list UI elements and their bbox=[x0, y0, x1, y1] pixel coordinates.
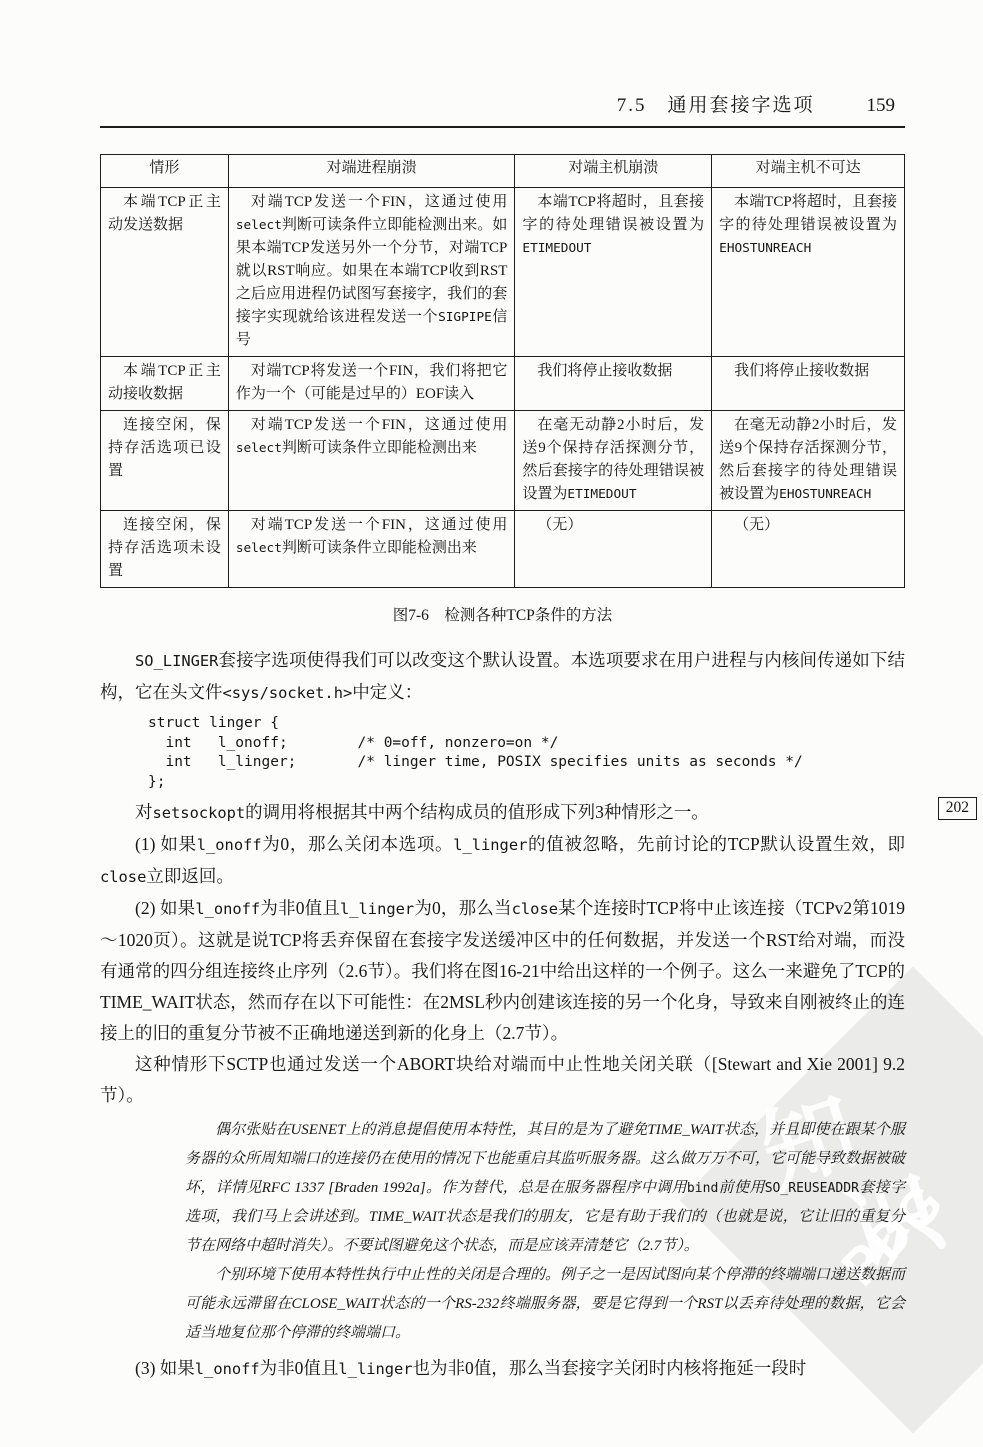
cell-peer-host-unreachable: 在毫无动静2小时后，发送9个保持存活探测分节，然后套接字的待处理错误被设置为EH… bbox=[712, 411, 905, 511]
cell-peer-process-crash: 对端TCP发送一个FIN，这通过使用select判断可读条件立即能检测出来 bbox=[228, 411, 515, 511]
cell-peer-host-crash: 本端TCP将超时，且套接字的待处理错误被设置为ETIMEDOUT bbox=[515, 188, 712, 357]
note-block: 偶尔张贴在USENET上的消息提倡使用本特性，其目的是为了避免TIME_WAIT… bbox=[185, 1116, 905, 1348]
page-header: 7.5 通用套接字选项 159 bbox=[100, 90, 905, 117]
code-line: int l_linger; /* linger time, POSIX spec… bbox=[148, 753, 905, 773]
page-number: 159 bbox=[867, 95, 896, 117]
col-header-scenario: 情形 bbox=[101, 155, 229, 188]
paragraph-so-linger: SO_LINGER套接字选项使得我们可以改变这个默认设置。本选项要求在用户进程与… bbox=[100, 645, 905, 709]
cell-scenario: 连接空闲，保持存活选项已设置 bbox=[101, 411, 229, 511]
col-header-peer-process-crash: 对端进程崩溃 bbox=[228, 155, 515, 188]
cell-peer-process-crash: 对端TCP将发送一个FIN，我们将把它作为一个（可能是过早的）EOF读入 bbox=[228, 357, 515, 411]
code-line: int l_onoff; /* 0=off, nonzero=on */ bbox=[148, 734, 905, 754]
note-paragraph-rs232: 个别环境下使用本特性执行中止性的关闭是合理的。例子之一是因试图向某个停滞的终端端… bbox=[185, 1261, 905, 1348]
paragraph-case1: (1) 如果l_onoff为0，那么关闭本选项。l_linger的值被忽略，先前… bbox=[100, 829, 905, 893]
section-title: 通用套接字选项 bbox=[667, 95, 814, 116]
cell-peer-process-crash: 对端TCP发送一个FIN，这通过使用select判断可读条件立即能检测出来。如果… bbox=[228, 188, 515, 357]
code-line: }; bbox=[148, 773, 905, 793]
book-page: 知 识 PDG 202 7.5 通用套接字选项 159 情形 对端进程崩溃 对端… bbox=[0, 0, 983, 1447]
cell-peer-host-crash: 在毫无动静2小时后，发送9个保持存活探测分节，然后套接字的待处理错误被设置为ET… bbox=[515, 411, 712, 511]
code-block: struct linger { int l_onoff; /* 0=off, n… bbox=[148, 714, 905, 792]
col-header-peer-host-crash: 对端主机崩溃 bbox=[515, 155, 712, 188]
tcp-conditions-table: 情形 对端进程崩溃 对端主机崩溃 对端主机不可达 本端TCP正主动发送数据 对端… bbox=[100, 154, 905, 588]
cell-peer-host-unreachable: 本端TCP将超时，且套接字的待处理错误被设置为EHOSTUNREACH bbox=[712, 188, 905, 357]
table-row: 本端TCP正主动接收数据 对端TCP将发送一个FIN，我们将把它作为一个（可能是… bbox=[101, 357, 905, 411]
cell-scenario: 本端TCP正主动接收数据 bbox=[101, 357, 229, 411]
paragraph-case2: (2) 如果l_onoff为非0值且l_linger为0，那么当close某个连… bbox=[100, 893, 905, 1049]
table-row: 连接空闲，保持存活选项未设置 对端TCP发送一个FIN，这通过使用select判… bbox=[101, 511, 905, 588]
cell-peer-host-unreachable: 我们将停止接收数据 bbox=[712, 357, 905, 411]
cell-peer-process-crash: 对端TCP发送一个FIN，这通过使用select判断可读条件立即能检测出来 bbox=[228, 511, 515, 588]
cell-peer-host-unreachable: （无） bbox=[712, 511, 905, 588]
col-header-peer-host-unreachable: 对端主机不可达 bbox=[712, 155, 905, 188]
header-rule bbox=[100, 126, 905, 128]
table-row: 连接空闲，保持存活选项已设置 对端TCP发送一个FIN，这通过使用select判… bbox=[101, 411, 905, 511]
section-number: 7.5 bbox=[617, 95, 647, 116]
note-paragraph-usenet: 偶尔张贴在USENET上的消息提倡使用本特性，其目的是为了避免TIME_WAIT… bbox=[185, 1116, 905, 1261]
margin-page-marker: 202 bbox=[938, 797, 977, 820]
table-header-row: 情形 对端进程崩溃 对端主机崩溃 对端主机不可达 bbox=[101, 155, 905, 188]
figure-caption: 图7-6 检测各种TCP条件的方法 bbox=[100, 603, 905, 625]
paragraph-setsockopt: 对setsockopt的调用将根据其中两个结构成员的值形成下列3种情形之一。 bbox=[100, 797, 905, 829]
paragraph-sctp: 这种情形下SCTP也通过发送一个ABORT块给对端而中止性地关闭关联（[Stew… bbox=[100, 1049, 905, 1111]
code-line: struct linger { bbox=[148, 714, 905, 734]
cell-scenario: 本端TCP正主动发送数据 bbox=[101, 188, 229, 357]
table-row: 本端TCP正主动发送数据 对端TCP发送一个FIN，这通过使用select判断可… bbox=[101, 188, 905, 357]
cell-peer-host-crash: 我们将停止接收数据 bbox=[515, 357, 712, 411]
cell-scenario: 连接空闲，保持存活选项未设置 bbox=[101, 511, 229, 588]
running-head: 7.5 通用套接字选项 bbox=[617, 90, 815, 117]
cell-peer-host-crash: （无） bbox=[515, 511, 712, 588]
page-content: 7.5 通用套接字选项 159 情形 对端进程崩溃 对端主机崩溃 对端主机不可达… bbox=[0, 0, 983, 1385]
paragraph-case3: (3) 如果l_onoff为非0值且l_linger也为非0值，那么当套接字关闭… bbox=[100, 1353, 905, 1385]
